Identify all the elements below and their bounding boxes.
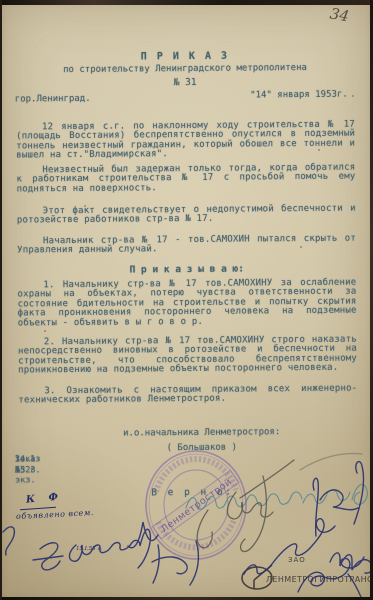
signature-title: и.о.начальника Ленметростроя: [62,427,342,439]
archive-watermark: ЗАО ЛЕНМЕТРОГИПРОТРАНС [238,554,373,596]
round-stamp-graphic: Ленметрострой [142,448,250,564]
watermark-org-form: ЗАО [288,556,306,564]
order-title: П Р И К А З [0,49,371,63]
paper-speck [300,246,302,248]
paper-speck [352,95,354,97]
paragraph: Неизвестный был задержан только тогда, к… [16,164,355,195]
order-item: 3. Ознакомить с настоящим приказом всех … [18,385,357,407]
paper-speck [318,149,320,151]
paragraph: Этот факт свидетельствует о недопустимой… [17,205,356,227]
handwritten-signature-date: 15.I.53 г. [76,546,102,552]
round-stamp: Ленметрострой [142,448,250,568]
photo-edge-left [0,0,2,600]
paragraph: 12 января с.г. по наклонному ходу строит… [16,121,355,162]
paragraph: Начальник стр-ва № 17 - тов.САМОХИН пыта… [17,235,356,257]
watermark-org-name: ЛЕНМЕТРОГИПРОТРАНС [266,575,373,584]
page-number: 34 [329,4,351,25]
paper-speck [84,205,86,207]
date-label: "14" января 1953г. [250,90,348,101]
stamp-band-text: Ленметрострой [159,476,234,535]
order-heading: П р и к а з ы в а ю: [0,262,373,276]
print-info-line: 14.1-53 г. [15,454,41,475]
order-item: 2. Начальнику стр-ва № 17 тов.САМОХИНУ с… [18,336,357,377]
order-item: 1. Начальнику стр-ва № 17 тов.САМОХИНУ з… [17,279,356,329]
photo-edge-top [0,0,373,5]
document-photo: 34 П Р И К А З по строительству Ленингра… [0,0,373,600]
order-number: № 31 [0,75,372,89]
order-subtitle: по строительству Ленинградского метропол… [0,62,372,75]
city-label: гор.Ленинград. [15,94,91,105]
paper-speck [44,330,46,332]
